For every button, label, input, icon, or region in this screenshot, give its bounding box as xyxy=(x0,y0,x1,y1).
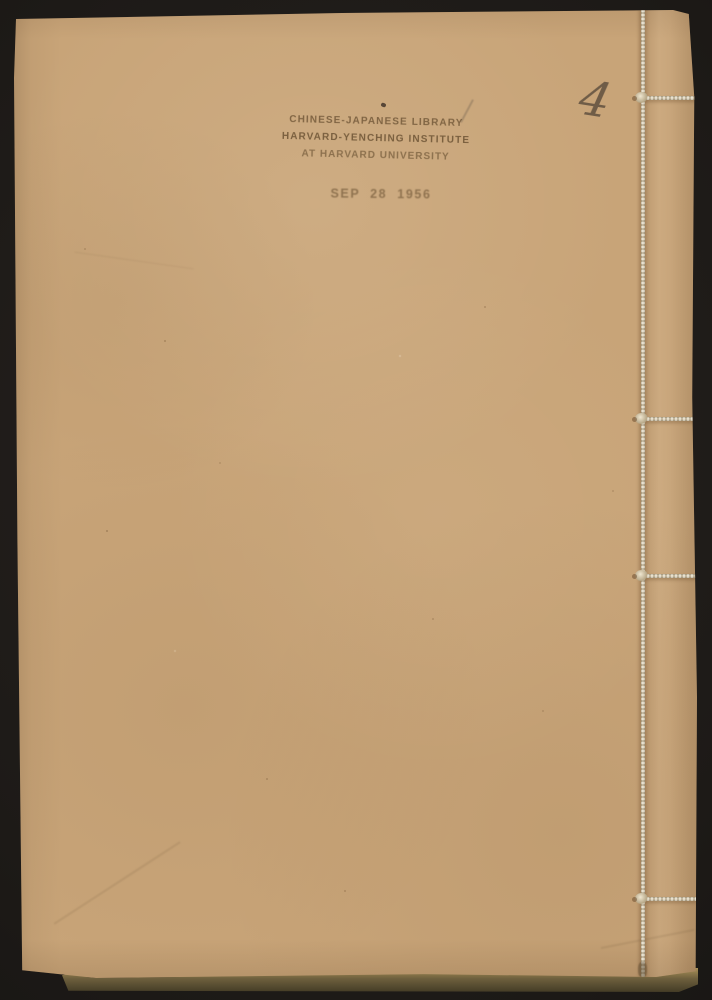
binding-hole xyxy=(632,417,637,422)
binding-thread-vertical xyxy=(641,10,645,978)
scan-backdrop: CHINESE-JAPANESE LIBRARY HARVARD-YENCHIN… xyxy=(0,0,712,1000)
book-back-cover: CHINESE-JAPANESE LIBRARY HARVARD-YENCHIN… xyxy=(14,10,697,978)
library-stamp: CHINESE-JAPANESE LIBRARY HARVARD-YENCHIN… xyxy=(257,110,494,166)
spine-fold-strip xyxy=(643,10,697,978)
binding-stitch-thread xyxy=(643,417,697,421)
binding-stitch-thread xyxy=(643,897,697,901)
paper-crease xyxy=(54,841,181,924)
handwritten-number: 4 xyxy=(564,71,625,130)
binding-stitch-thread xyxy=(643,96,697,100)
binding-hole xyxy=(632,96,637,101)
binding-hole xyxy=(632,897,637,902)
binding-hole xyxy=(632,574,637,579)
binding-stitch-thread xyxy=(643,574,697,578)
date-stamp: SEP 28 1956 xyxy=(316,186,446,201)
paper-specks xyxy=(14,10,16,12)
binding-thread-tail xyxy=(638,962,647,977)
paper-crease xyxy=(75,252,194,270)
ink-speck xyxy=(380,102,386,108)
